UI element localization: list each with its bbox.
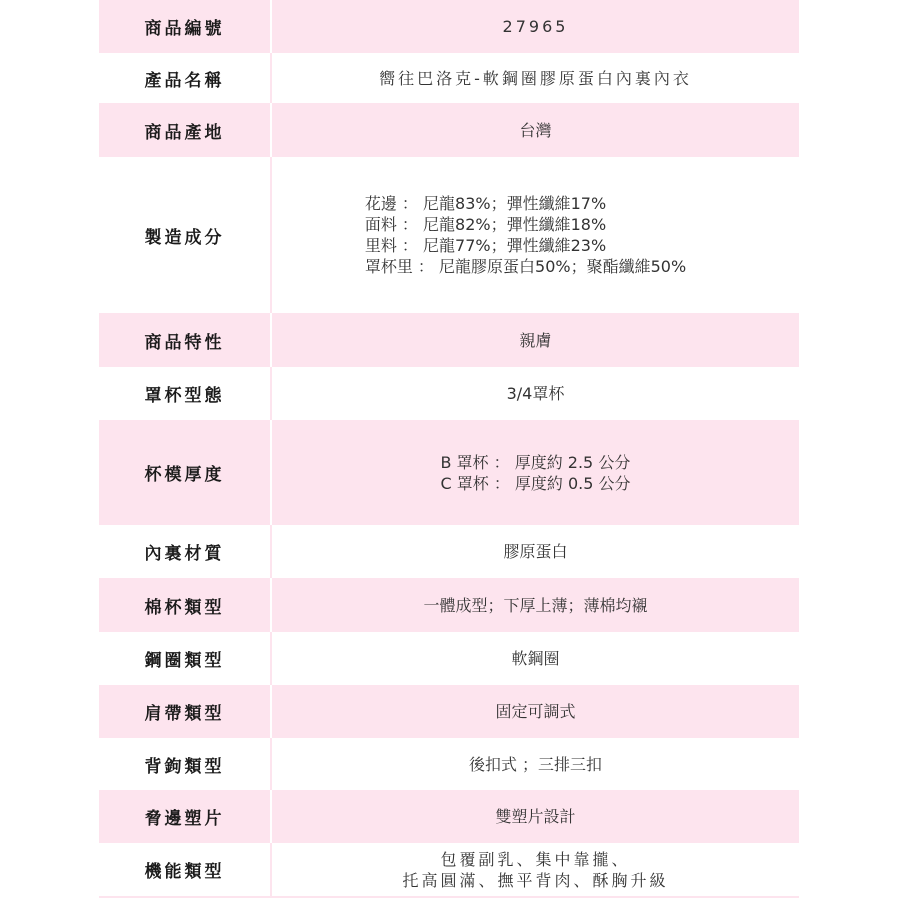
spec-value: 固定可調式 xyxy=(272,685,799,738)
product-number-value: 27965 xyxy=(503,16,569,37)
spec-row-composition: 製造成分 花邊 ： 尼龍83%；彈性纖維17% 面料 ： 尼龍82%；彈性纖維1… xyxy=(99,157,799,313)
spec-label: 內裏材質 xyxy=(99,525,272,578)
hook-type-value: 後扣式 ；三排三扣 xyxy=(469,754,602,775)
origin-value: 台灣 xyxy=(519,120,551,141)
spec-value: 軟鋼圈 xyxy=(272,632,799,685)
spec-row-side-boning: 脅邊塑片 雙塑片設計 xyxy=(99,790,799,843)
spec-label: 肩帶類型 xyxy=(99,685,272,738)
padding-type-value: 一體成型；下厚上薄；薄棉均襯 xyxy=(423,595,647,616)
spec-row-feature: 商品特性 親膚 xyxy=(99,313,799,367)
spec-value: 一體成型；下厚上薄；薄棉均襯 xyxy=(272,578,799,632)
composition-lining: 里料 ： 尼龍77%；彈性纖維23% xyxy=(365,235,606,256)
spec-row-hook-type: 背鉤類型 後扣式 ；三排三扣 xyxy=(99,738,799,790)
spec-value: B 罩杯 ： 厚度約 2.5 公分 C 罩杯 ： 厚度約 0.5 公分 xyxy=(272,420,799,525)
spec-value: 包覆副乳、集中靠攏、 托高圓滿、撫平背肉、酥胸升級 xyxy=(272,843,799,896)
product-spec-table: 商品編號 27965 產品名稱 嚮往巴洛克-軟鋼圈膠原蛋白內裏內衣 商品產地 台… xyxy=(99,0,799,898)
spec-row-origin: 商品產地 台灣 xyxy=(99,103,799,157)
spec-value: 雙塑片設計 xyxy=(272,790,799,843)
spec-label: 棉杯類型 xyxy=(99,578,272,632)
cup-style-value: 3/4罩杯 xyxy=(507,383,565,404)
spec-label: 杯模厚度 xyxy=(99,420,272,525)
spec-label: 商品編號 xyxy=(99,0,272,53)
spec-value: 27965 xyxy=(272,0,799,53)
spec-value: 後扣式 ；三排三扣 xyxy=(272,738,799,790)
lining-material-value: 膠原蛋白 xyxy=(503,541,567,562)
spec-value: 膠原蛋白 xyxy=(272,525,799,578)
spec-label: 脅邊塑片 xyxy=(99,790,272,843)
spec-row-product-number: 商品編號 27965 xyxy=(99,0,799,53)
feature-value: 親膚 xyxy=(519,330,551,351)
spec-value: 親膚 xyxy=(272,313,799,367)
spec-label: 罩杯型態 xyxy=(99,367,272,420)
cup-thickness-b: B 罩杯 ： 厚度約 2.5 公分 xyxy=(440,452,630,473)
spec-value: 嚮往巴洛克-軟鋼圈膠原蛋白內裏內衣 xyxy=(272,53,799,103)
spec-row-cup-style: 罩杯型態 3/4罩杯 xyxy=(99,367,799,420)
composition-lace: 花邊 ： 尼龍83%；彈性纖維17% xyxy=(365,193,606,214)
underwire-type-value: 軟鋼圈 xyxy=(511,648,559,669)
spec-label: 機能類型 xyxy=(99,843,272,896)
composition-cup-lining: 罩杯里 ： 尼龍膠原蛋白50%；聚酯纖維50% xyxy=(365,256,686,277)
spec-row-strap-type: 肩帶類型 固定可調式 xyxy=(99,685,799,738)
function-type-line-1: 包覆副乳、集中靠攏、 xyxy=(440,849,630,870)
spec-value: 花邊 ： 尼龍83%；彈性纖維17% 面料 ： 尼龍82%；彈性纖維18% 里料… xyxy=(272,157,799,313)
composition-face-fabric: 面料 ： 尼龍82%；彈性纖維18% xyxy=(365,214,606,235)
spec-label: 鋼圈類型 xyxy=(99,632,272,685)
function-type-line-2: 托高圓滿、撫平背肉、酥胸升級 xyxy=(402,870,668,891)
cup-thickness-c: C 罩杯 ： 厚度約 0.5 公分 xyxy=(440,473,630,494)
spec-row-lining-material: 內裏材質 膠原蛋白 xyxy=(99,525,799,578)
spec-row-padding-type: 棉杯類型 一體成型；下厚上薄；薄棉均襯 xyxy=(99,578,799,632)
side-boning-value: 雙塑片設計 xyxy=(495,806,575,827)
spec-row-function-type: 機能類型 包覆副乳、集中靠攏、 托高圓滿、撫平背肉、酥胸升級 xyxy=(99,843,799,896)
strap-type-value: 固定可調式 xyxy=(495,701,575,722)
spec-label: 背鉤類型 xyxy=(99,738,272,790)
spec-row-cup-thickness: 杯模厚度 B 罩杯 ： 厚度約 2.5 公分 C 罩杯 ： 厚度約 0.5 公分 xyxy=(99,420,799,525)
spec-row-product-name: 產品名稱 嚮往巴洛克-軟鋼圈膠原蛋白內裏內衣 xyxy=(99,53,799,103)
spec-value: 台灣 xyxy=(272,103,799,157)
spec-label: 商品產地 xyxy=(99,103,272,157)
spec-row-underwire-type: 鋼圈類型 軟鋼圈 xyxy=(99,632,799,685)
product-name-value: 嚮往巴洛克-軟鋼圈膠原蛋白內裏內衣 xyxy=(379,68,692,89)
spec-label: 製造成分 xyxy=(99,157,272,313)
spec-value: 3/4罩杯 xyxy=(272,367,799,420)
spec-label: 商品特性 xyxy=(99,313,272,367)
spec-label: 產品名稱 xyxy=(99,53,272,103)
